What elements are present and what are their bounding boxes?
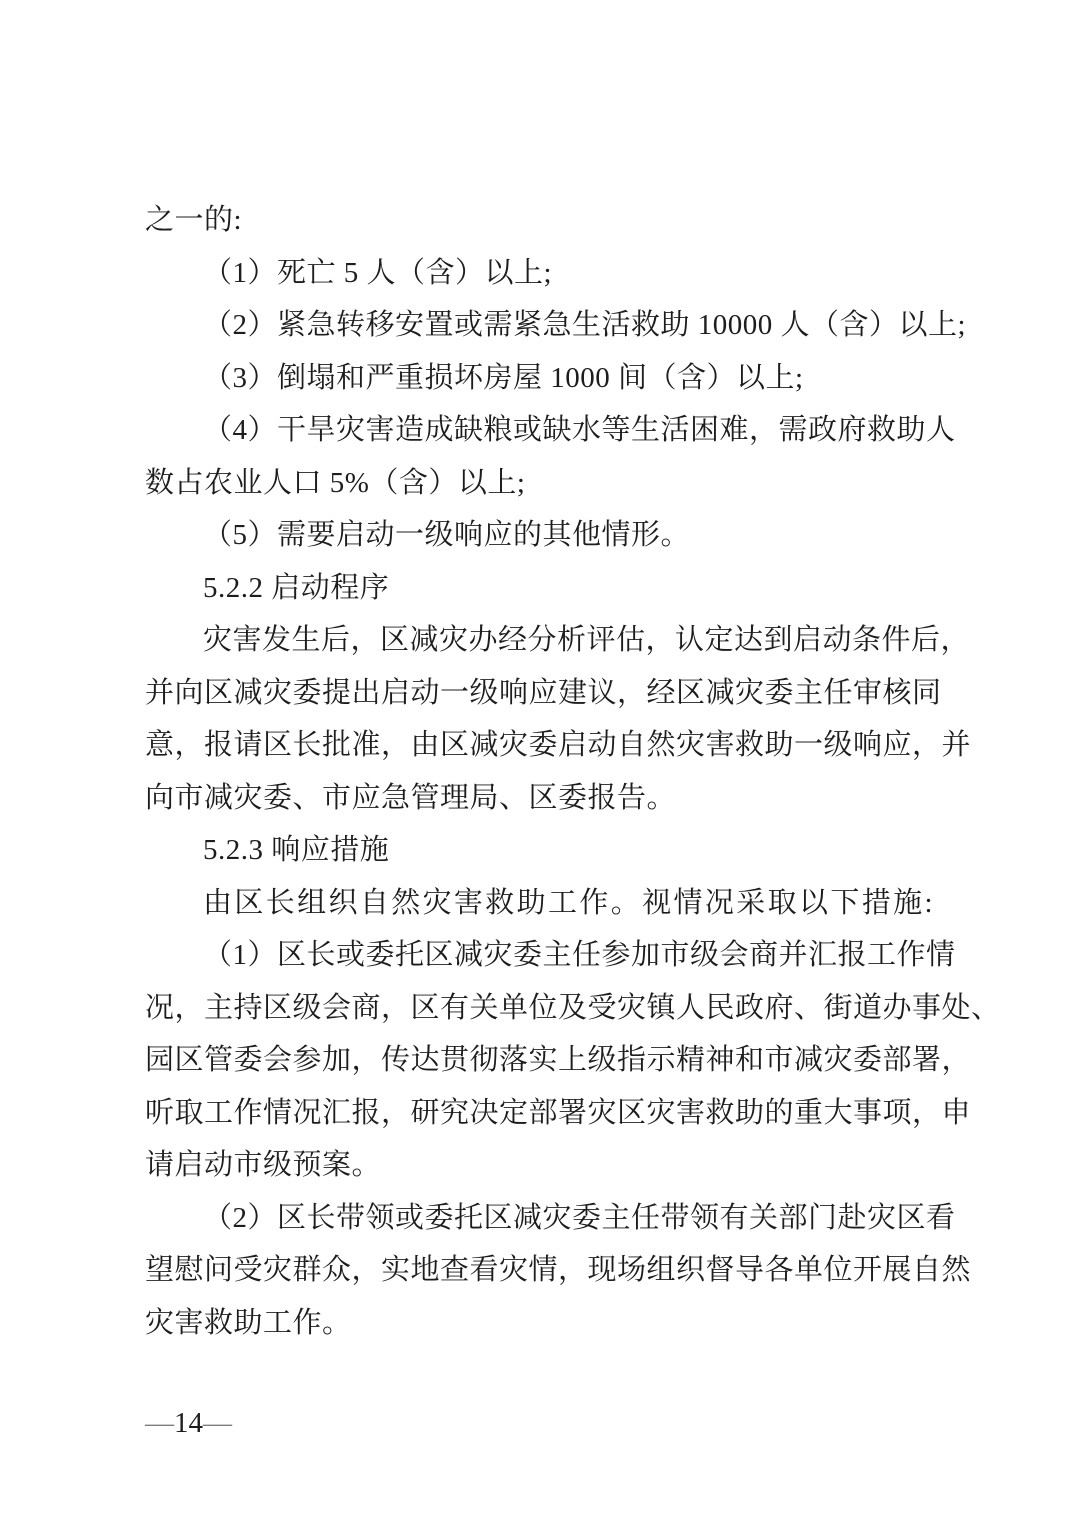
text-line: （4）干旱灾害造成缺粮或缺水等生活困难，需政府救助人 — [145, 404, 933, 457]
text-line: 之一的: — [145, 194, 933, 247]
text-line: （2）紧急转移安置或需紧急生活救助 10000 人（含）以上; — [145, 299, 933, 352]
text-line: 况，主持区级会商，区有关单位及受灾镇人民政府、街道办事处、 — [145, 982, 933, 1035]
document-body: 之一的: （1）死亡 5 人（含）以上; （2）紧急转移安置或需紧急生活救助 1… — [145, 194, 933, 1349]
text-line: 向市减灾委、市应急管理局、区委报告。 — [145, 772, 933, 825]
text-line: 请启动市级预案。 — [145, 1139, 933, 1192]
page-number: —14— — [145, 1402, 232, 1444]
text-line: 并向区减灾委提出启动一级响应建议，经区减灾委主任审核同 — [145, 667, 933, 720]
text-line: 灾害救助工作。 — [145, 1297, 933, 1350]
section-heading: 5.2.3 响应措施 — [145, 824, 933, 877]
text-line: 园区管委会参加，传达贯彻落实上级指示精神和市减灾委部署， — [145, 1034, 933, 1087]
text-line: （1）死亡 5 人（含）以上; — [145, 247, 933, 300]
document-page: 之一的: （1）死亡 5 人（含）以上; （2）紧急转移安置或需紧急生活救助 1… — [0, 0, 1074, 1520]
text-line: 望慰问受灾群众，实地查看灾情，现场组织督导各单位开展自然 — [145, 1244, 933, 1297]
text-line: （2）区长带领或委托区减灾委主任带领有关部门赴灾区看 — [145, 1192, 933, 1245]
text-line: 意，报请区长批准，由区减灾委启动自然灾害救助一级响应，并 — [145, 719, 933, 772]
text-line: 灾害发生后，区减灾办经分析评估，认定达到启动条件后， — [145, 614, 933, 667]
text-line: 数占农业人口 5%（含）以上; — [145, 457, 933, 510]
page-number-dash-left: — — [145, 1407, 174, 1439]
text-line: 由区长组织自然灾害救助工作。视情况采取以下措施: — [145, 877, 933, 930]
section-heading: 5.2.2 启动程序 — [145, 562, 933, 615]
text-line: （1）区长或委托区减灾委主任参加市级会商并汇报工作情 — [145, 929, 933, 982]
text-line: （3）倒塌和严重损坏房屋 1000 间（含）以上; — [145, 352, 933, 405]
page-number-value: 14 — [174, 1407, 203, 1439]
page-number-dash-right: — — [203, 1407, 232, 1439]
text-line: （5）需要启动一级响应的其他情形。 — [145, 509, 933, 562]
text-line: 听取工作情况汇报，研究决定部署灾区灾害救助的重大事项，申 — [145, 1087, 933, 1140]
